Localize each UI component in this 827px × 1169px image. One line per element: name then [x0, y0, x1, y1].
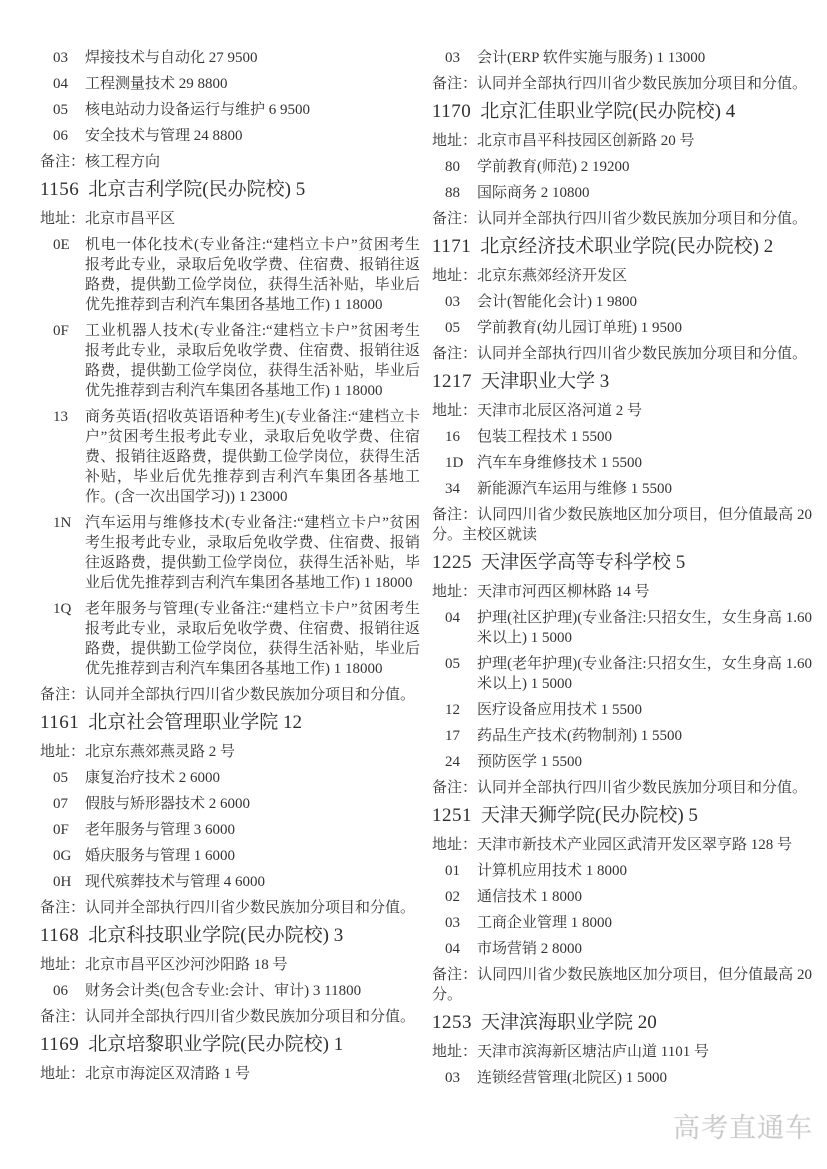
major-line: 0E机电一体化技术(专业备注:“建档立卡户”贫困考生报考此专业，录取后免收学费、… [53, 235, 420, 315]
major-line: 0G婚庆服务与管理 1 6000 [53, 846, 420, 866]
school-header-code: 1253 [432, 1012, 472, 1033]
major-line: 03会计(智能化会计) 1 9800 [445, 292, 812, 312]
major-line-code: 05 [445, 318, 460, 338]
major-line: 0F工业机器人技术(专业备注:“建档立卡户”贫困考生报考此专业，录取后免收学费、… [53, 321, 420, 401]
major-line-text: 通信技术 1 8000 [477, 889, 582, 905]
major-line-text: 核电站动力设备运行与维护 6 9500 [85, 102, 310, 118]
major-line-code: 03 [53, 48, 68, 68]
major-line: 24预防医学 1 5500 [445, 752, 812, 772]
major-line-code: 0H [53, 872, 71, 892]
remark-line: 备注：认同并全部执行四川省少数民族加分项目和分值。 [432, 209, 812, 229]
school-header-code: 1161 [40, 712, 79, 733]
major-line-code: 03 [445, 1068, 460, 1088]
address-line: 地址：北京东燕郊经济开发区 [432, 266, 812, 286]
major-line-code: 24 [445, 752, 460, 772]
major-line-text: 工程测量技术 29 8800 [85, 76, 228, 92]
major-line-code: 05 [53, 100, 68, 120]
school-header-code: 1168 [40, 925, 79, 946]
major-line-code: 03 [445, 48, 460, 68]
major-line: 1N汽车运用与维修技术(专业备注:“建档立卡户”贫困考生报考此专业，录取后免收学… [53, 513, 420, 593]
school-header-text: 天津职业大学 3 [481, 371, 609, 392]
major-line: 17药品生产技术(药物制剂) 1 5500 [445, 726, 812, 746]
major-line-text: 财务会计类(包含专业:会计、审计) 3 11800 [85, 983, 361, 999]
major-line-code: 07 [53, 794, 68, 814]
school-header-text: 天津医学高等专科学校 5 [481, 552, 685, 573]
major-line-code: 13 [53, 407, 68, 427]
major-line-text: 老年服务与管理 3 6000 [85, 822, 235, 838]
major-line: 06财务会计类(包含专业:会计、审计) 3 11800 [53, 981, 420, 1001]
major-line: 06安全技术与管理 24 8800 [53, 126, 420, 146]
school-header-code: 1225 [432, 552, 472, 573]
remark-line: 备注：认同并全部执行四川省少数民族加分项目和分值。 [432, 74, 812, 94]
major-line: 01计算机应用技术 1 8000 [445, 861, 812, 881]
school-header-text: 天津滨海职业学院 20 [481, 1012, 657, 1033]
school-header-text: 北京吉利学院(民办院校) 5 [88, 179, 305, 200]
major-line: 04工程测量技术 29 8800 [53, 74, 420, 94]
major-line-text: 老年服务与管理(专业备注:“建档立卡户”贫困考生报考此专业，录取后免收学费、住宿… [85, 601, 420, 677]
remark-line: 备注：认同并全部执行四川省少数民族加分项目和分值。 [40, 1007, 420, 1027]
school-header-text: 北京社会管理职业学院 12 [88, 712, 302, 733]
right-column: 03会计(ERP 软件实施与服务) 1 13000备注：认同并全部执行四川省少数… [432, 48, 812, 1094]
major-line-text: 药品生产技术(药物制剂) 1 5500 [477, 728, 682, 744]
school-header: 1253天津滨海职业学院 20 [432, 1011, 812, 1035]
school-header: 1168北京科技职业学院(民办院校) 3 [40, 924, 420, 948]
left-column: 03焊接技术与自动化 27 950004工程测量技术 29 880005核电站动… [40, 48, 420, 1094]
major-line-text: 会计(智能化会计) 1 9800 [477, 294, 637, 310]
document-page: 03焊接技术与自动化 27 950004工程测量技术 29 880005核电站动… [0, 0, 827, 1169]
major-line-text: 会计(ERP 软件实施与服务) 1 13000 [477, 50, 705, 66]
major-line: 04护理(社区护理)(专业备注:只招女生，女生身高 1.60 米以上) 1 50… [445, 608, 812, 648]
major-line-text: 护理(老年护理)(专业备注:只招女生，女生身高 1.60 米以上) 1 5000 [477, 656, 812, 692]
school-header: 1171北京经济技术职业学院(民办院校) 2 [432, 235, 812, 259]
school-header-code: 1171 [432, 236, 471, 257]
school-header-text: 北京经济技术职业学院(民办院校) 2 [480, 236, 773, 257]
major-line: 12医疗设备应用技术 1 5500 [445, 700, 812, 720]
major-line-code: 04 [445, 939, 460, 959]
major-line-text: 预防医学 1 5500 [477, 754, 582, 770]
remark-line: 备注：认同并全部执行四川省少数民族加分项目和分值。 [432, 778, 812, 798]
major-line-code: 03 [445, 913, 460, 933]
major-line: 13商务英语(招收英语语种考生)(专业备注:“建档立卡户”贫困考生报考此专业，录… [53, 407, 420, 507]
major-line-text: 婚庆服务与管理 1 6000 [85, 848, 235, 864]
school-header: 1217天津职业大学 3 [432, 370, 812, 394]
school-header-code: 1156 [40, 179, 79, 200]
major-line-code: 06 [53, 126, 68, 146]
major-line: 07假肢与矫形器技术 2 6000 [53, 794, 420, 814]
school-header: 1251天津天狮学院(民办院校) 5 [432, 804, 812, 828]
major-line: 1Q老年服务与管理(专业备注:“建档立卡户”贫困考生报考此专业，录取后免收学费、… [53, 599, 420, 679]
major-line-text: 学前教育(幼儿园订单班) 1 9500 [477, 320, 682, 336]
address-line: 地址：天津市新技术产业园区武清开发区翠亨路 128 号 [432, 835, 812, 855]
major-line-text: 护理(社区护理)(专业备注:只招女生，女生身高 1.60 米以上) 1 5000 [477, 610, 812, 646]
address-line: 地址：北京市海淀区双清路 1 号 [40, 1064, 420, 1084]
major-line-code: 04 [53, 74, 68, 94]
major-line-code: 1N [53, 513, 71, 533]
address-line: 地址：天津市滨海新区塘沽庐山道 1101 号 [432, 1042, 812, 1062]
school-header-code: 1169 [40, 1034, 79, 1055]
major-line: 03连锁经营管理(北院区) 1 5000 [445, 1068, 812, 1088]
major-line: 03焊接技术与自动化 27 9500 [53, 48, 420, 68]
major-line-code: 1D [445, 453, 463, 473]
major-line-code: 17 [445, 726, 460, 746]
school-header-text: 北京培黎职业学院(民办院校) 1 [88, 1034, 343, 1055]
major-line: 34新能源汽车运用与维修 1 5500 [445, 479, 812, 499]
major-line: 05核电站动力设备运行与维护 6 9500 [53, 100, 420, 120]
major-line-code: 03 [445, 292, 460, 312]
school-header: 1225天津医学高等专科学校 5 [432, 551, 812, 575]
address-line: 地址：北京东燕郊燕灵路 2 号 [40, 742, 420, 762]
major-line-code: 0E [53, 235, 70, 255]
major-line-code: 34 [445, 479, 460, 499]
major-line-code: 0F [53, 321, 69, 341]
remark-line: 备注：核工程方向 [40, 152, 420, 172]
major-line-code: 02 [445, 887, 460, 907]
major-line-text: 工业机器人技术(专业备注:“建档立卡户”贫困考生报考此专业，录取后免收学费、住宿… [85, 323, 420, 399]
major-line: 0H现代殡葬技术与管理 4 6000 [53, 872, 420, 892]
major-line-text: 焊接技术与自动化 27 9500 [85, 50, 258, 66]
major-line-text: 市场营销 2 8000 [477, 941, 582, 957]
major-line-text: 机电一体化技术(专业备注:“建档立卡户”贫困考生报考此专业，录取后免收学费、住宿… [85, 237, 420, 313]
major-line: 03工商企业管理 1 8000 [445, 913, 812, 933]
major-line-code: 05 [53, 768, 68, 788]
major-line-text: 连锁经营管理(北院区) 1 5000 [477, 1070, 667, 1086]
major-line-text: 新能源汽车运用与维修 1 5500 [477, 481, 672, 497]
major-line: 04市场营销 2 8000 [445, 939, 812, 959]
major-line-code: 06 [53, 981, 68, 1001]
address-line: 地址：北京市昌平区 [40, 209, 420, 229]
remark-line: 备注：认同并全部执行四川省少数民族加分项目和分值。 [432, 344, 812, 364]
major-line: 0F老年服务与管理 3 6000 [53, 820, 420, 840]
major-line-text: 国际商务 2 10800 [477, 185, 590, 201]
address-line: 地址：天津市北辰区洛河道 2 号 [432, 401, 812, 421]
school-header-code: 1170 [432, 101, 471, 122]
major-line-code: 01 [445, 861, 460, 881]
two-column-layout: 03焊接技术与自动化 27 950004工程测量技术 29 880005核电站动… [0, 0, 827, 1094]
school-header-text: 北京科技职业学院(民办院校) 3 [88, 925, 343, 946]
major-line-code: 05 [445, 654, 460, 674]
major-line-text: 学前教育(师范) 2 19200 [477, 159, 630, 175]
major-line-text: 商务英语(招收英语语种考生)(专业备注:“建档立卡户”贫困考生报考此专业，录取后… [85, 409, 420, 505]
school-header-code: 1217 [432, 371, 472, 392]
remark-line: 备注：认同并全部执行四川省少数民族加分项目和分值。 [40, 685, 420, 705]
major-line-code: 12 [445, 700, 460, 720]
school-header: 1170北京汇佳职业学院(民办院校) 4 [432, 100, 812, 124]
major-line: 16包装工程技术 1 5500 [445, 427, 812, 447]
major-line: 02通信技术 1 8000 [445, 887, 812, 907]
major-line-code: 0G [53, 846, 71, 866]
school-header-code: 1251 [432, 805, 472, 826]
address-line: 地址：北京市昌平区沙河沙阳路 18 号 [40, 955, 420, 975]
major-line-text: 汽车运用与维修技术(专业备注:“建档立卡户”贫困考生报考此专业，录取后免收学费、… [85, 515, 420, 591]
watermark-logo: 高考直通车 [673, 1106, 813, 1145]
remark-line: 备注：认同四川省少数民族地区加分项目，但分值最高 20 分。 [432, 965, 812, 1005]
major-line-code: 04 [445, 608, 460, 628]
major-line: 05学前教育(幼儿园订单班) 1 9500 [445, 318, 812, 338]
remark-line: 备注：认同四川省少数民族地区加分项目，但分值最高 20 分。主校区就读 [432, 505, 812, 545]
major-line: 80学前教育(师范) 2 19200 [445, 157, 812, 177]
school-header: 1161北京社会管理职业学院 12 [40, 711, 420, 735]
major-line-code: 88 [445, 183, 460, 203]
major-line-code: 0F [53, 820, 69, 840]
school-header-text: 天津天狮学院(民办院校) 5 [481, 805, 698, 826]
school-header: 1169北京培黎职业学院(民办院校) 1 [40, 1033, 420, 1057]
major-line-text: 安全技术与管理 24 8800 [85, 128, 243, 144]
major-line-text: 计算机应用技术 1 8000 [477, 863, 627, 879]
major-line-text: 现代殡葬技术与管理 4 6000 [85, 874, 265, 890]
major-line-text: 医疗设备应用技术 1 5500 [477, 702, 642, 718]
remark-line: 备注：认同并全部执行四川省少数民族加分项目和分值。 [40, 898, 420, 918]
major-line-text: 康复治疗技术 2 6000 [85, 770, 220, 786]
major-line-code: 1Q [53, 599, 71, 619]
major-line: 1D汽车车身维修技术 1 5500 [445, 453, 812, 473]
school-header-text: 北京汇佳职业学院(民办院校) 4 [480, 101, 735, 122]
major-line-text: 工商企业管理 1 8000 [477, 915, 612, 931]
major-line: 88国际商务 2 10800 [445, 183, 812, 203]
address-line: 地址：北京市昌平科技园区创新路 20 号 [432, 131, 812, 151]
major-line: 03会计(ERP 软件实施与服务) 1 13000 [445, 48, 812, 68]
major-line-code: 80 [445, 157, 460, 177]
school-header: 1156北京吉利学院(民办院校) 5 [40, 178, 420, 202]
major-line-text: 包装工程技术 1 5500 [477, 429, 612, 445]
major-line-text: 汽车车身维修技术 1 5500 [477, 455, 642, 471]
major-line: 05护理(老年护理)(专业备注:只招女生，女生身高 1.60 米以上) 1 50… [445, 654, 812, 694]
major-line-code: 16 [445, 427, 460, 447]
major-line: 05康复治疗技术 2 6000 [53, 768, 420, 788]
address-line: 地址：天津市河西区柳林路 14 号 [432, 582, 812, 602]
major-line-text: 假肢与矫形器技术 2 6000 [85, 796, 250, 812]
